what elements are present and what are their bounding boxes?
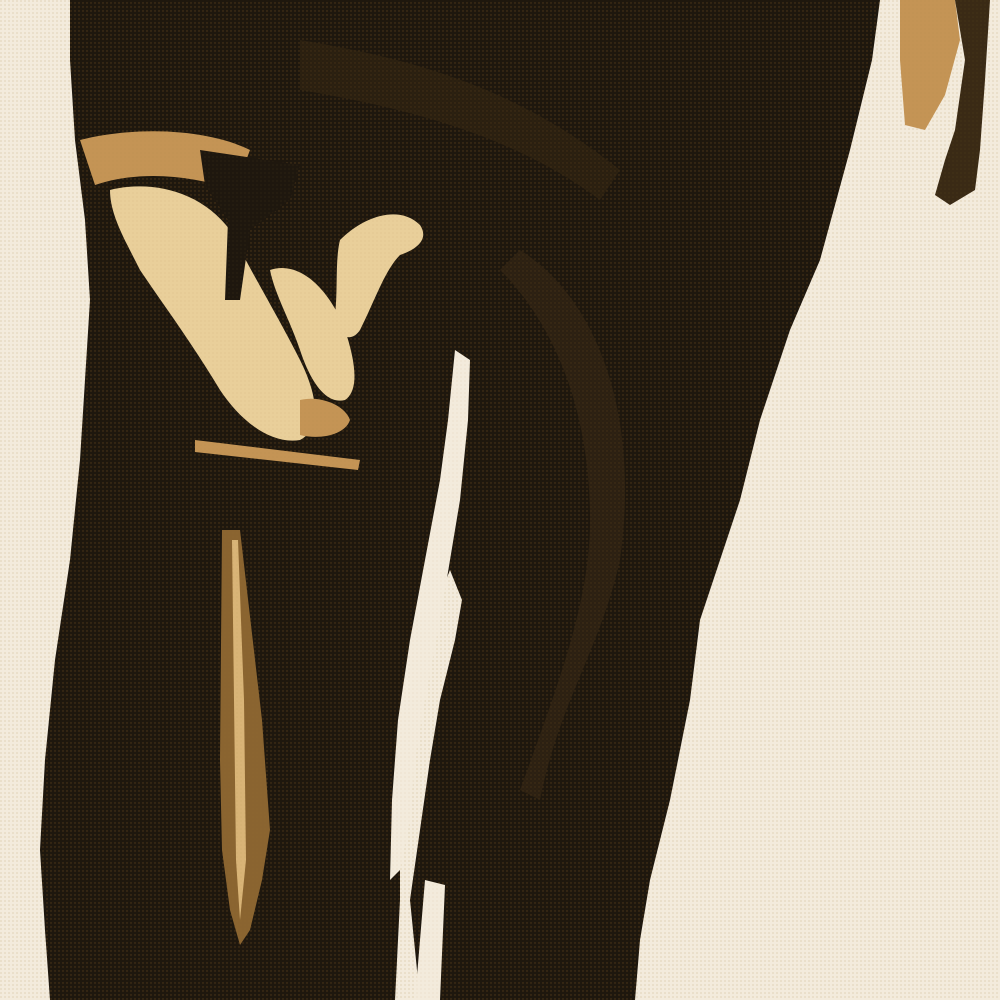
halftone-photograph: Sepia halftone photograph of a person's … [0, 0, 1000, 1000]
photo-canvas [0, 0, 1000, 1000]
